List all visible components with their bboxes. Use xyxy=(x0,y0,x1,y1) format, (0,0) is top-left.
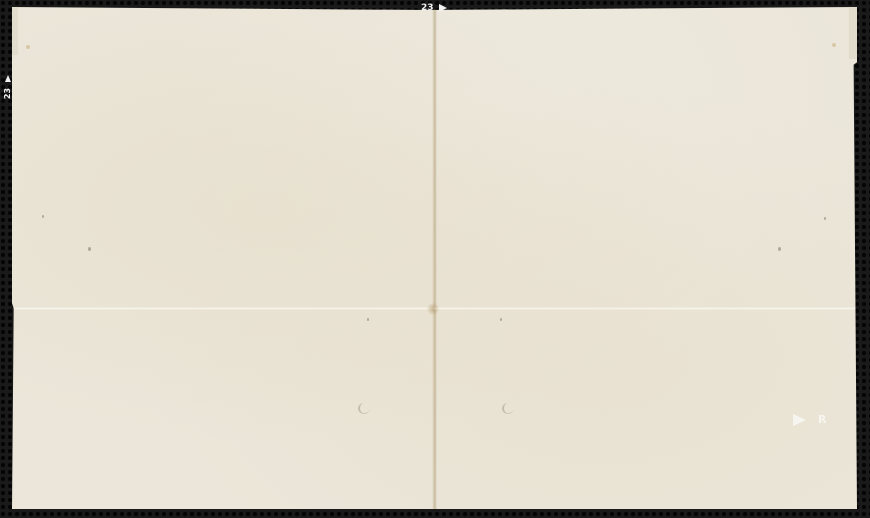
page-number: 23 xyxy=(421,3,434,13)
paper-speck xyxy=(88,247,91,251)
page-indicator-top[interactable]: 23 xyxy=(421,1,447,15)
paper-speck xyxy=(824,217,826,220)
paper-mark xyxy=(358,403,370,414)
recto-marker: R xyxy=(793,413,826,426)
triangle-right-icon xyxy=(793,414,806,426)
paper-edge-tab-right xyxy=(849,7,857,59)
triangle-up-icon xyxy=(5,75,11,82)
vertical-fold-line xyxy=(432,7,437,509)
paper-speck xyxy=(778,247,781,251)
paper-edge-tab-left xyxy=(12,7,18,55)
recto-label: R xyxy=(818,413,826,426)
triangle-right-icon xyxy=(439,4,447,12)
scanned-page: R xyxy=(12,7,857,509)
fold-intersection-stain xyxy=(426,303,440,315)
paper-speck xyxy=(500,318,502,321)
paper-stain xyxy=(26,45,30,49)
paper-speck xyxy=(42,215,44,218)
page-number: 23 xyxy=(3,88,12,99)
page-indicator-left[interactable]: 23 xyxy=(2,75,14,105)
paper-stain xyxy=(832,43,836,47)
paper-mark xyxy=(502,403,514,414)
paper-speck xyxy=(367,318,369,321)
